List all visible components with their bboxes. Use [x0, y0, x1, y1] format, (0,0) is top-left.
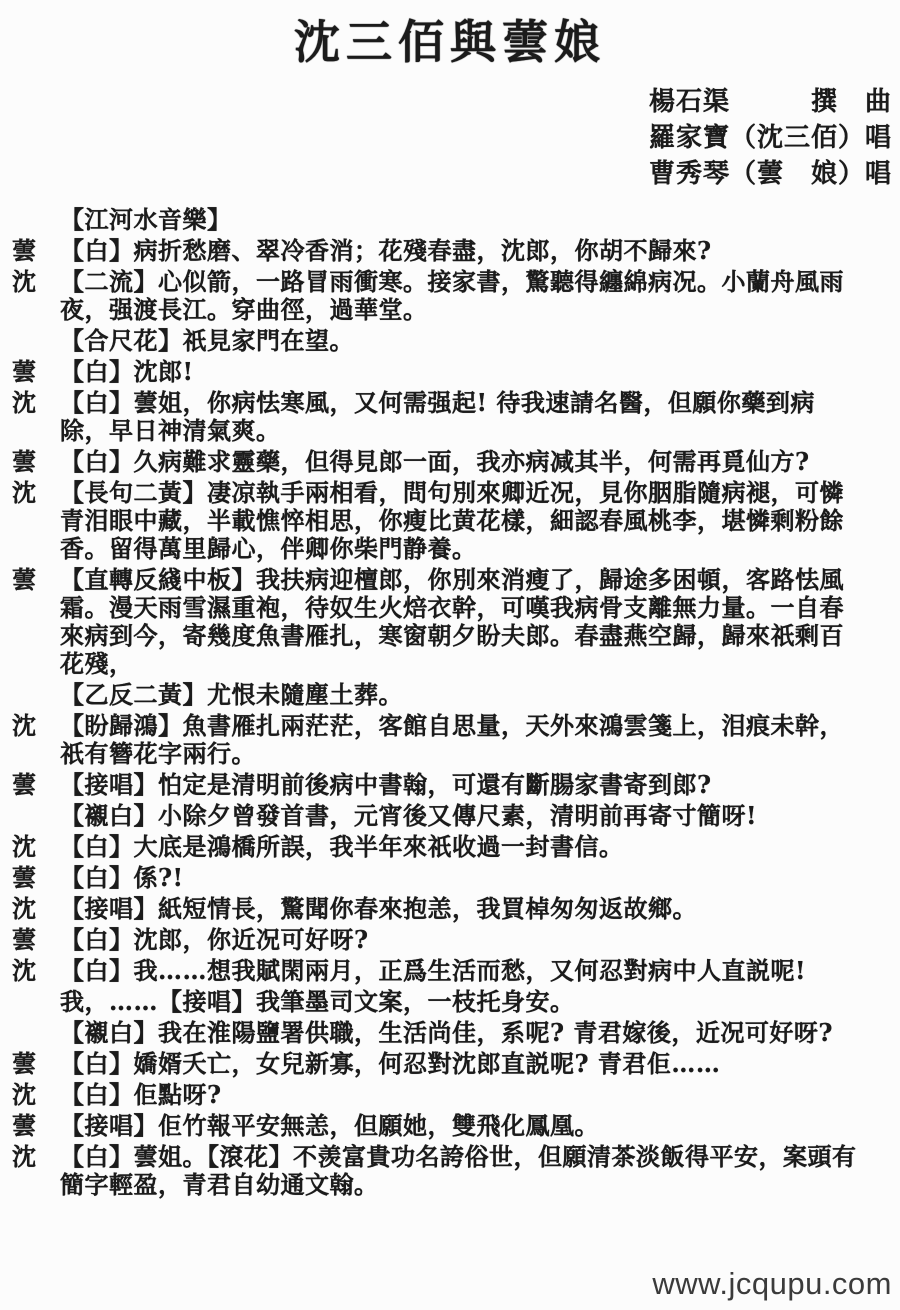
- line-text: 【長句二黃】凄凉執手兩相看，問句別來卿近况，見你胭脂隨病褪，可憐青泪眼中藏，半載…: [60, 479, 864, 563]
- script-line: 沈【長句二黃】凄凉執手兩相看，問句別來卿近况，見你胭脂隨病褪，可憐青泪眼中藏，半…: [12, 479, 900, 563]
- line-text: 【白】我……想我賦閑兩月，正爲生活而愁，又何忍對病中人直説呢!: [60, 957, 864, 985]
- line-text: 【白】佢點呀?: [60, 1081, 864, 1109]
- line-text: 【白】沈郎，你近况可好呀?: [60, 926, 864, 954]
- line-text: 【白】蕓姐，你病怯寒風，又何需强起! 待我速請名醫，但願你藥到病除，早日神清氣爽…: [60, 389, 864, 445]
- script-line: 沈【二流】心似箭，一路冒雨衝寒。接家書，驚聽得纏綿病况。小蘭舟風雨夜，强渡長江。…: [12, 268, 900, 324]
- line-text: 【白】係?!: [60, 864, 864, 892]
- score-page: 沈三佰與蕓娘 楊石渠 撰 曲 羅家寶（沈三佰）唱 曹秀琴（蕓 娘）唱 【江河水音…: [0, 0, 900, 1310]
- script-line: 蕓【白】久病難求靈藥，但得見郎一面，我亦病减其半，何需再覓仙方?: [12, 448, 900, 476]
- watermark-url: www.jcqupu.com: [646, 1266, 892, 1302]
- line-text: 【二流】心似箭，一路冒雨衝寒。接家書，驚聽得纏綿病况。小蘭舟風雨夜，强渡長江。穿…: [60, 268, 864, 324]
- speaker-label: 沈: [12, 712, 60, 740]
- line-text: 【白】蕓姐。【滾花】不羡富貴功名誇俗世，但願清茶淡飯得平安，案頭有簡字輕盈，青君…: [60, 1143, 864, 1199]
- script-line: 沈【盼歸鴻】魚書雁扎兩茫茫，客館自思量，天外來鴻雲箋上，泪痕未幹，祇有簪花字兩行…: [12, 712, 900, 768]
- speaker-label: 沈: [12, 895, 60, 923]
- script-line: 蕓【接唱】佢竹報平安無恙，但願她，雙飛化鳳凰。: [12, 1112, 900, 1140]
- credit-author: 楊石渠 撰 曲: [0, 84, 892, 120]
- line-text: 【江河水音樂】: [60, 206, 864, 234]
- line-text: 【襯白】我在淮陽鹽署供職，生活尚佳，系呢? 青君嫁後，近况可好呀?: [60, 1019, 864, 1047]
- line-text: 【白】大底是鴻橋所誤，我半年來祇收過一封書信。: [60, 833, 864, 861]
- credits-block: 楊石渠 撰 曲 羅家寶（沈三佰）唱 曹秀琴（蕓 娘）唱: [0, 84, 900, 192]
- speaker-label: 蕓: [12, 864, 60, 892]
- line-text: 【合尺花】祇見家門在望。: [60, 327, 864, 355]
- line-text: 【乙反二黃】尤恨未隨塵土葬。: [60, 681, 864, 709]
- script-line: 蕓【直轉反綫中板】我扶病迎檀郎，你別來消瘦了，歸途多困頓，客路怯風霜。漫天雨雪濕…: [12, 566, 900, 678]
- speaker-label: 蕓: [12, 1050, 60, 1078]
- line-text: 【白】沈郎!: [60, 358, 864, 386]
- script-body: 【江河水音樂】 蕓【白】病折愁磨、翠冷香消；花殘春盡，沈郎，你胡不歸來? 沈【二…: [0, 206, 900, 1199]
- line-text: 【白】嬌婿夭亡，女兒新寡，何忍對沈郎直説呢? 青君佢……: [60, 1050, 864, 1078]
- script-line: 蕓【接唱】怕定是清明前後病中書翰，可還有斷腸家書寄到郎?: [12, 771, 900, 799]
- line-text: 【白】久病難求靈藥，但得見郎一面，我亦病减其半，何需再覓仙方?: [60, 448, 864, 476]
- speaker-label: 沈: [12, 957, 60, 985]
- credit-singer-2: 曹秀琴（蕓 娘）唱: [0, 156, 892, 192]
- speaker-label: 沈: [12, 1143, 60, 1171]
- credit-singer-1: 羅家寶（沈三佰）唱: [0, 120, 892, 156]
- script-line: 【江河水音樂】: [12, 206, 900, 234]
- speaker-label: 沈: [12, 833, 60, 861]
- line-text: 我，……【接唱】我筆墨司文案，一枝托身安。: [60, 988, 864, 1016]
- script-line: 蕓【白】係?!: [12, 864, 900, 892]
- speaker-label: 沈: [12, 479, 60, 507]
- script-line: 沈【白】大底是鴻橋所誤，我半年來祇收過一封書信。: [12, 833, 900, 861]
- script-line: 沈【白】蕓姐，你病怯寒風，又何需强起! 待我速請名醫，但願你藥到病除，早日神清氣…: [12, 389, 900, 445]
- speaker-label: 蕓: [12, 566, 60, 594]
- script-line: 沈【白】我……想我賦閑兩月，正爲生活而愁，又何忍對病中人直説呢!: [12, 957, 900, 985]
- script-line: 蕓【白】嬌婿夭亡，女兒新寡，何忍對沈郎直説呢? 青君佢……: [12, 1050, 900, 1078]
- script-line: 蕓【白】沈郎!: [12, 358, 900, 386]
- script-line: 沈【接唱】紙短情長，驚聞你春來抱恙，我買棹匆匆返故鄉。: [12, 895, 900, 923]
- speaker-label: 蕓: [12, 448, 60, 476]
- speaker-label: 沈: [12, 389, 60, 417]
- line-text: 【襯白】小除夕曾發首書，元宵後又傳尺素，清明前再寄寸簡呀!: [60, 802, 864, 830]
- speaker-label: 蕓: [12, 237, 60, 265]
- script-line: 蕓【白】沈郎，你近况可好呀?: [12, 926, 900, 954]
- line-text: 【白】病折愁磨、翠冷香消；花殘春盡，沈郎，你胡不歸來?: [60, 237, 864, 265]
- script-line: 蕓【白】病折愁磨、翠冷香消；花殘春盡，沈郎，你胡不歸來?: [12, 237, 900, 265]
- script-line: 【襯白】我在淮陽鹽署供職，生活尚佳，系呢? 青君嫁後，近况可好呀?: [12, 1019, 900, 1047]
- line-text: 【接唱】紙短情長，驚聞你春來抱恙，我買棹匆匆返故鄉。: [60, 895, 864, 923]
- script-line: 沈【白】蕓姐。【滾花】不羡富貴功名誇俗世，但願清茶淡飯得平安，案頭有簡字輕盈，青…: [12, 1143, 900, 1199]
- speaker-label: 蕓: [12, 1112, 60, 1140]
- speaker-label: 沈: [12, 268, 60, 296]
- line-text: 【盼歸鴻】魚書雁扎兩茫茫，客館自思量，天外來鴻雲箋上，泪痕未幹，祇有簪花字兩行。: [60, 712, 864, 768]
- speaker-label: 蕓: [12, 771, 60, 799]
- line-text: 【接唱】怕定是清明前後病中書翰，可還有斷腸家書寄到郎?: [60, 771, 864, 799]
- script-line: 我，……【接唱】我筆墨司文案，一枝托身安。: [12, 988, 900, 1016]
- script-line: 【合尺花】祇見家門在望。: [12, 327, 900, 355]
- script-line: 【襯白】小除夕曾發首書，元宵後又傳尺素，清明前再寄寸簡呀!: [12, 802, 900, 830]
- line-text: 【直轉反綫中板】我扶病迎檀郎，你別來消瘦了，歸途多困頓，客路怯風霜。漫天雨雪濕重…: [60, 566, 864, 678]
- script-line: 【乙反二黃】尤恨未隨塵土葬。: [12, 681, 900, 709]
- speaker-label: 沈: [12, 1081, 60, 1109]
- line-text: 【接唱】佢竹報平安無恙，但願她，雙飛化鳳凰。: [60, 1112, 864, 1140]
- speaker-label: 蕓: [12, 358, 60, 386]
- page-title: 沈三佰與蕓娘: [0, 0, 900, 72]
- script-line: 沈【白】佢點呀?: [12, 1081, 900, 1109]
- speaker-label: 蕓: [12, 926, 60, 954]
